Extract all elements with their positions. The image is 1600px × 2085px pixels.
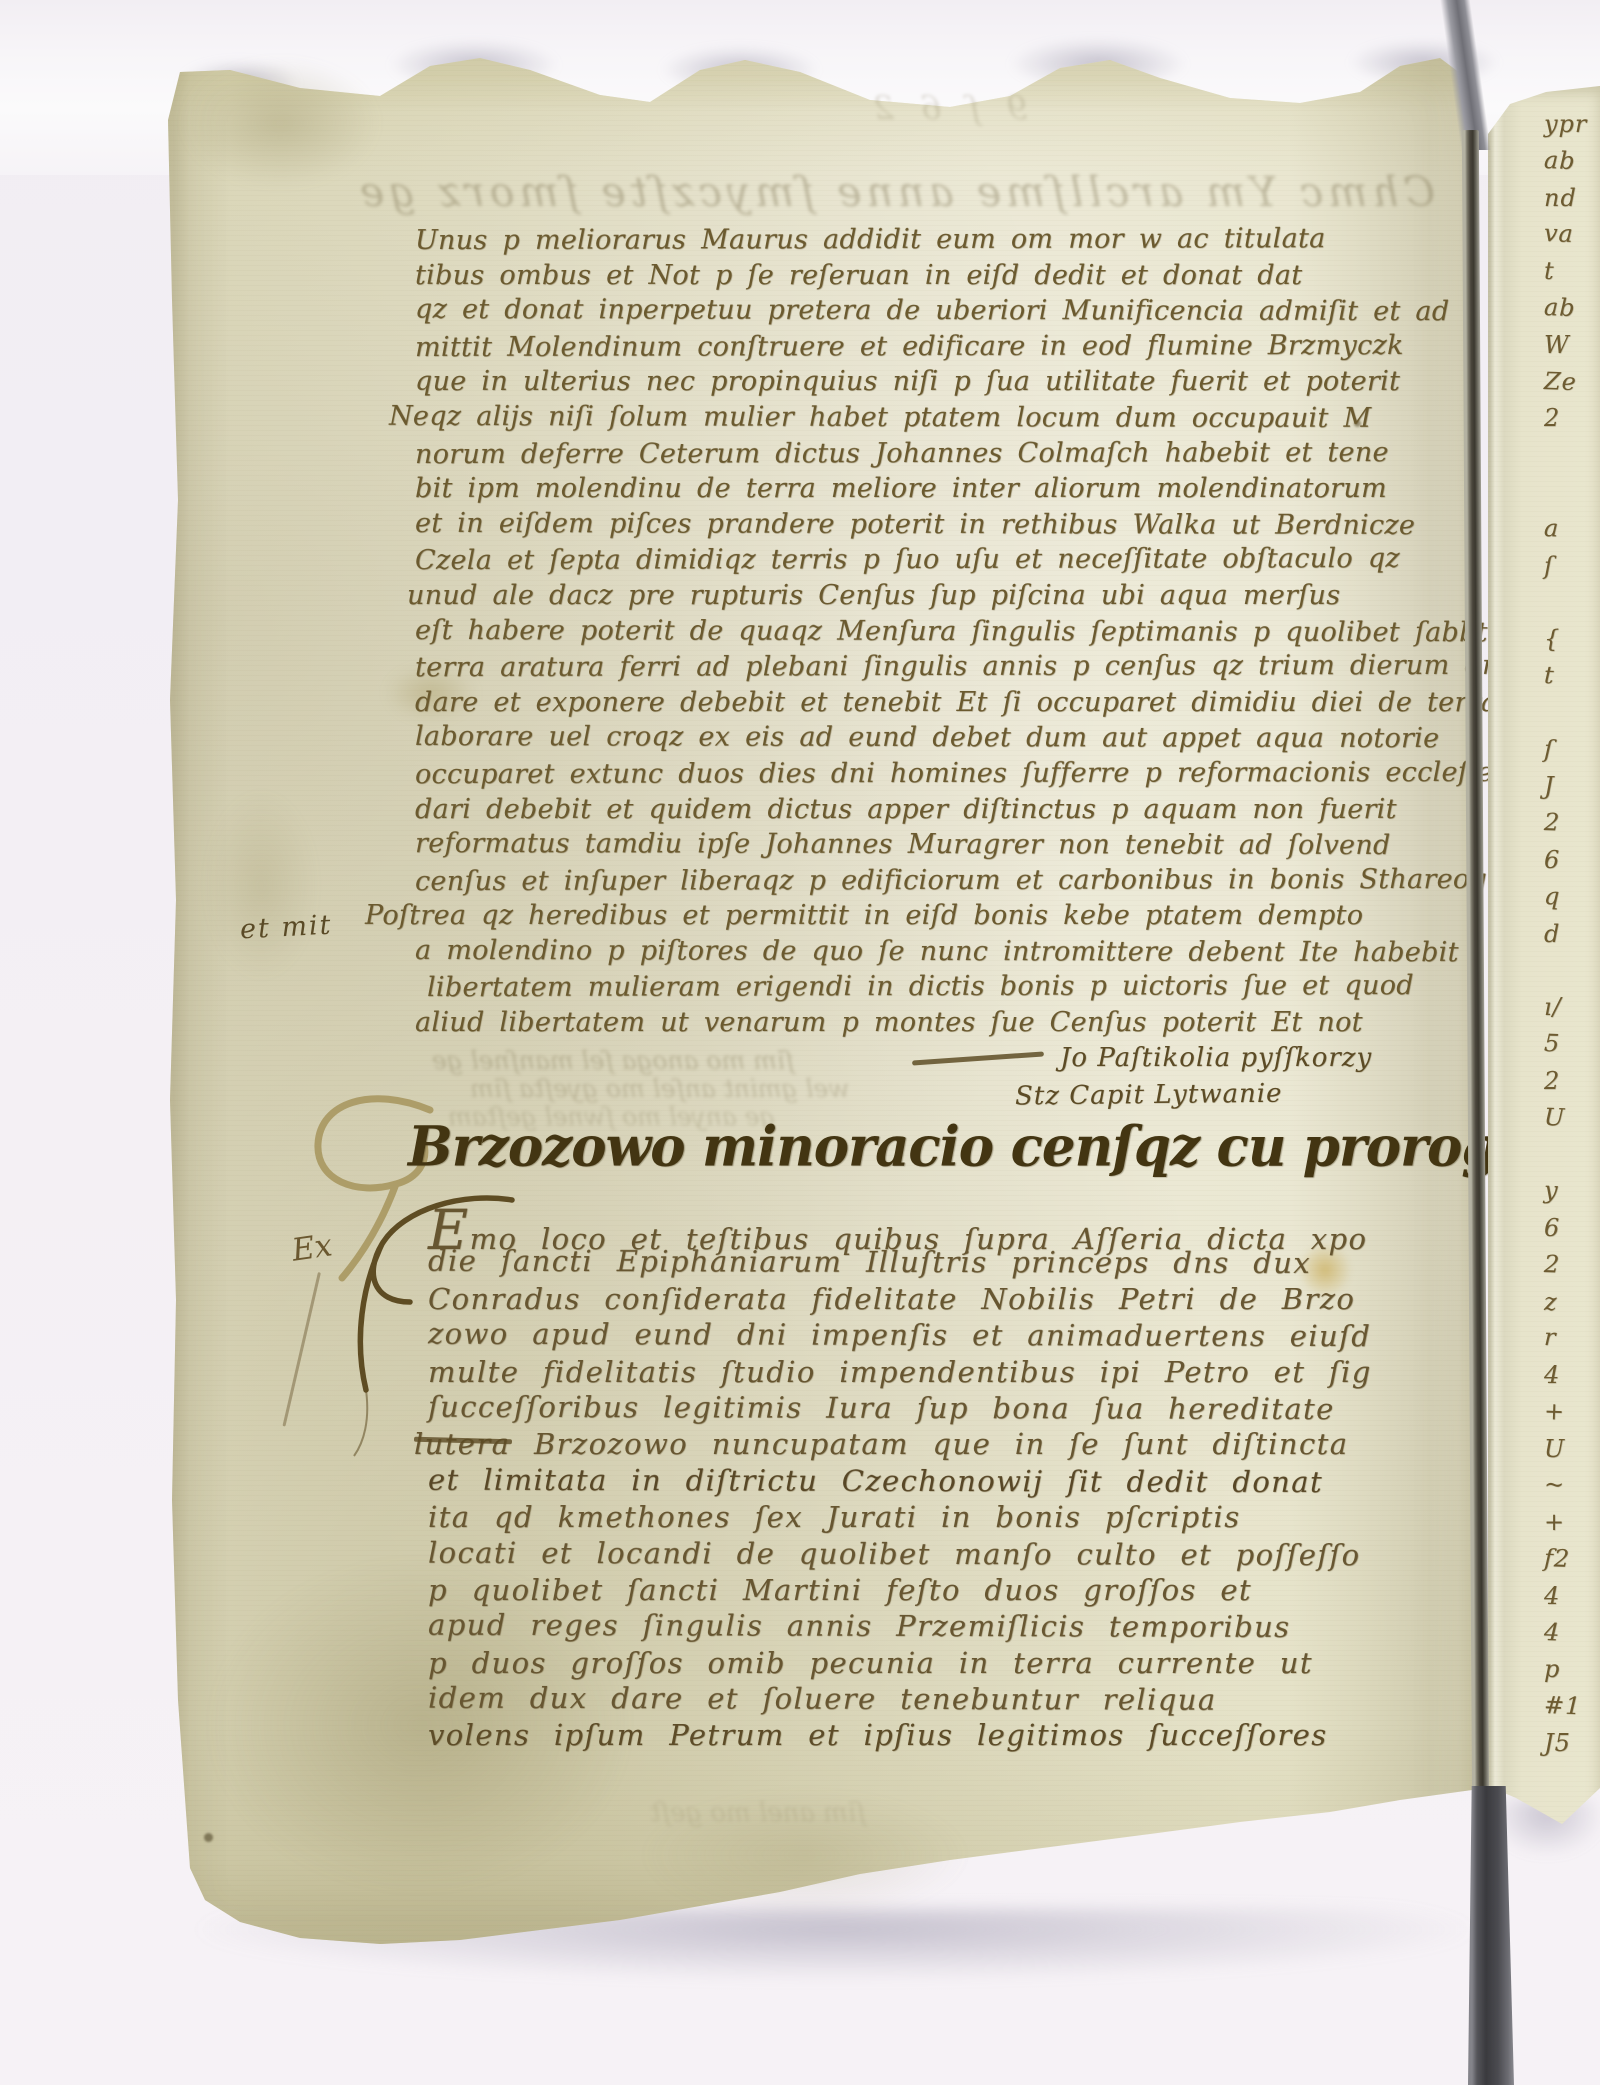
facing-fragment: f2 [1543,1540,1600,1579]
facing-fragment: ypr [1544,106,1600,143]
manuscript-line: libertatem mulieram erigendi in dictis b… [427,968,1455,1006]
facing-fragment: y [1543,1172,1600,1211]
manuscript-line: Neqz alijs niſi ſolum mulier habet ptate… [389,399,1455,437]
manuscript-line: Conradus conſiderata fidelitate Nobilis … [428,1281,1463,1317]
manuscript-line: reformatus tamdiu ipſe Johannes Muragrer… [415,826,1455,864]
manuscript-line: aliud libertatem ut venarum p montes ſue… [415,1005,1455,1041]
manuscript-line: volens ipſum Petrum et ipſius legitimos … [428,1717,1463,1753]
facing-fragment [1544,474,1600,511]
manuscript-line: tibus ombus et Not p ſe reſeruan in eiſd… [415,258,1455,294]
facing-fragment [1543,583,1600,622]
margin-mark: Ex [290,1227,335,1268]
manuscript-line: ſucceſſoribus legitimis Iura ſup bona ſu… [428,1389,1463,1428]
facing-fragment: d [1544,916,1600,953]
show-through-ghost: Chmc Ym arcllſme anne ſmyczſte ſmorz ge [415,168,1435,216]
paragraph-primary: Unus p meliorarus Maurus addidit eum om … [415,222,1455,1041]
facing-fragment: 4 [1544,1578,1600,1615]
facing-fragment [1544,695,1600,732]
show-through-ghost: 9 ſ 6 2 [865,88,1028,127]
facing-fragment: t [1543,657,1600,696]
show-through-ghost: ſim anel mo geſt [650,1798,866,1828]
manuscript-line: norum deferre Ceterum dictus Johannes Co… [415,434,1455,472]
facing-fragment: 2 [1543,1246,1600,1285]
manuscript-line: dare et exponere debebit et tenebit Et ſ… [415,685,1455,721]
manuscript-line: p duos groſſos omib pecunia in terra cur… [428,1645,1463,1681]
facing-fragment: 6 [1544,1210,1600,1247]
facing-page-text-fragments: yprabndvatabWZe2aſ{tſJ26qdı/52Uy62zr4+U~… [1544,106,1600,1762]
manuscript-line: dari debebit et quidem dictus apper diſt… [415,792,1455,828]
facing-fragment: z [1544,1284,1600,1321]
margin-note: et mit [239,910,333,946]
manuscript-line: multe fidelitatis ſtudio impendentibus i… [428,1354,1463,1390]
manuscript-line: zowo apud eund dni impenſis et animaduer… [428,1316,1463,1355]
facing-fragment: ſ [1544,548,1600,585]
ink-speck [204,1833,213,1842]
manuscript-line: Unus p meliorarus Maurus addidit eum om … [415,221,1455,259]
facing-fragment: ab [1543,289,1600,328]
manuscript-line: locati et locandi de quolibet manſo cult… [428,1534,1463,1573]
facing-fragment: 4 [1543,1614,1600,1653]
manuscript-line: apud reges ſingulis annis Przemiſlicis t… [428,1607,1463,1646]
manuscript-line: Czela et ſepta dimidiqz terris p ſuo uſu… [415,541,1455,579]
manuscript-line: Poſtrea qz heredibus et permittit in eiſ… [365,898,1455,934]
manuscript-line: unud ale dacz pre rupturis Cenſus ſup pi… [407,578,1455,614]
manuscript-line: qz et donat inperpetuu pretera de uberio… [415,292,1455,330]
closing-line: Jo Paſtikolia pyſſkorzy [1060,1040,1490,1076]
facing-fragment: 6 [1544,842,1600,879]
facing-fragment: a [1543,510,1600,549]
closing-attestation: Jo Paſtikolia pyſſkorzy Stz Capit Lytwan… [1060,1040,1490,1112]
manuscript-line: eſt habere poterit de quaqz Menſura ſing… [415,612,1455,650]
show-through-ghost: wel gmint anſel mo gyeſta ſim [470,1074,850,1103]
facing-fragment: { [1544,621,1600,658]
facing-fragment: q [1543,878,1600,917]
facing-fragment: J5 [1544,1725,1600,1762]
facing-fragment: r [1543,1319,1600,1358]
manuscript-scan: 9 ſ 6 2 Chmc Ym arcllſme anne ſmyczſte ſ… [0,0,1600,2085]
manuscript-line: p quolibet ſancti Martini feſto duos gro… [428,1572,1463,1608]
facing-fragment: nd [1544,180,1600,217]
facing-fragment: 2 [1544,1063,1600,1100]
facing-fragment: U [1543,1099,1600,1138]
facing-fragment: p [1544,1651,1600,1688]
manuscript-line: que in ulterius nec propinquius niſi p ſ… [415,364,1455,400]
manuscript-line: idem dux dare et ſoluere tenebuntur reli… [428,1680,1463,1719]
facing-fragment: va [1543,215,1600,254]
manuscript-line: et limitata in diſtrictu Czechonowij ſit… [428,1461,1463,1500]
facing-fragment: ſ [1543,731,1600,770]
facing-fragment: + [1543,1393,1600,1432]
facing-fragment: Ze [1543,363,1600,402]
facing-fragment: 4 [1544,1357,1600,1394]
facing-fragment: ı/ [1544,989,1600,1026]
facing-fragment: ab [1543,142,1600,181]
manuscript-line: bit ipm molendinu de terra meliore inter… [415,471,1455,507]
manuscript-line: terra aratura ferri ad plebani ſingulis … [415,648,1455,686]
manuscript-line: ita qd kmethones ſex Jurati in bonis pſc… [428,1499,1463,1535]
facing-fragment: J [1544,768,1600,805]
section-heading: Brzozowo minoracio cenſqz cu prorogatio [408,1115,1600,1179]
facing-fragment: ~ [1543,1467,1600,1506]
manuscript-line: laborare uel croqz ex eis ad eund debet … [415,719,1455,757]
closing-line: Stz Capit Lytwanie [1015,1074,1490,1115]
facing-fragment [1543,951,1600,990]
facing-fragment [1543,436,1600,475]
parchment-stain [205,790,317,980]
facing-fragment [1544,1136,1600,1173]
facing-fragment: #1 [1543,1687,1600,1726]
manuscript-line: die ſancti Epiphaniarum Illuſtris prince… [428,1243,1463,1282]
facing-fragment: W [1544,327,1600,364]
manuscript-line: lutera Brzozowo nuncupatam que in ſe ſun… [414,1426,1463,1462]
manuscript-line: mittit Molendinum conſtruere et edificar… [415,328,1455,366]
manuscript-line: Emo loco et teſtibus quibus ſupra Aſſeri… [428,1208,1463,1244]
facing-fragment: + [1544,1504,1600,1541]
facing-fragment: 5 [1543,1025,1600,1064]
parchment-stain [180,58,380,188]
facing-fragment: 2 [1544,400,1600,437]
facing-fragment: 2 [1543,804,1600,843]
show-through-ghost: ſim mo anoga ſel manſnel ge [432,1046,794,1075]
manuscript-line: a molendino p piſtores de quo ſe nunc in… [415,933,1455,971]
paragraph-secondary: Emo loco et teſtibus quibus ſupra Aſſeri… [428,1208,1463,1754]
manuscript-line: et in eiſdem piſces prandere poterit in … [415,506,1455,544]
facing-fragment: U [1544,1431,1600,1468]
manuscript-line: cenſus et inſuper liberaqz p edificiorum… [415,862,1455,900]
manuscript-line: occuparet extunc duos dies dni homines ſ… [415,755,1455,793]
facing-fragment: t [1544,253,1600,290]
